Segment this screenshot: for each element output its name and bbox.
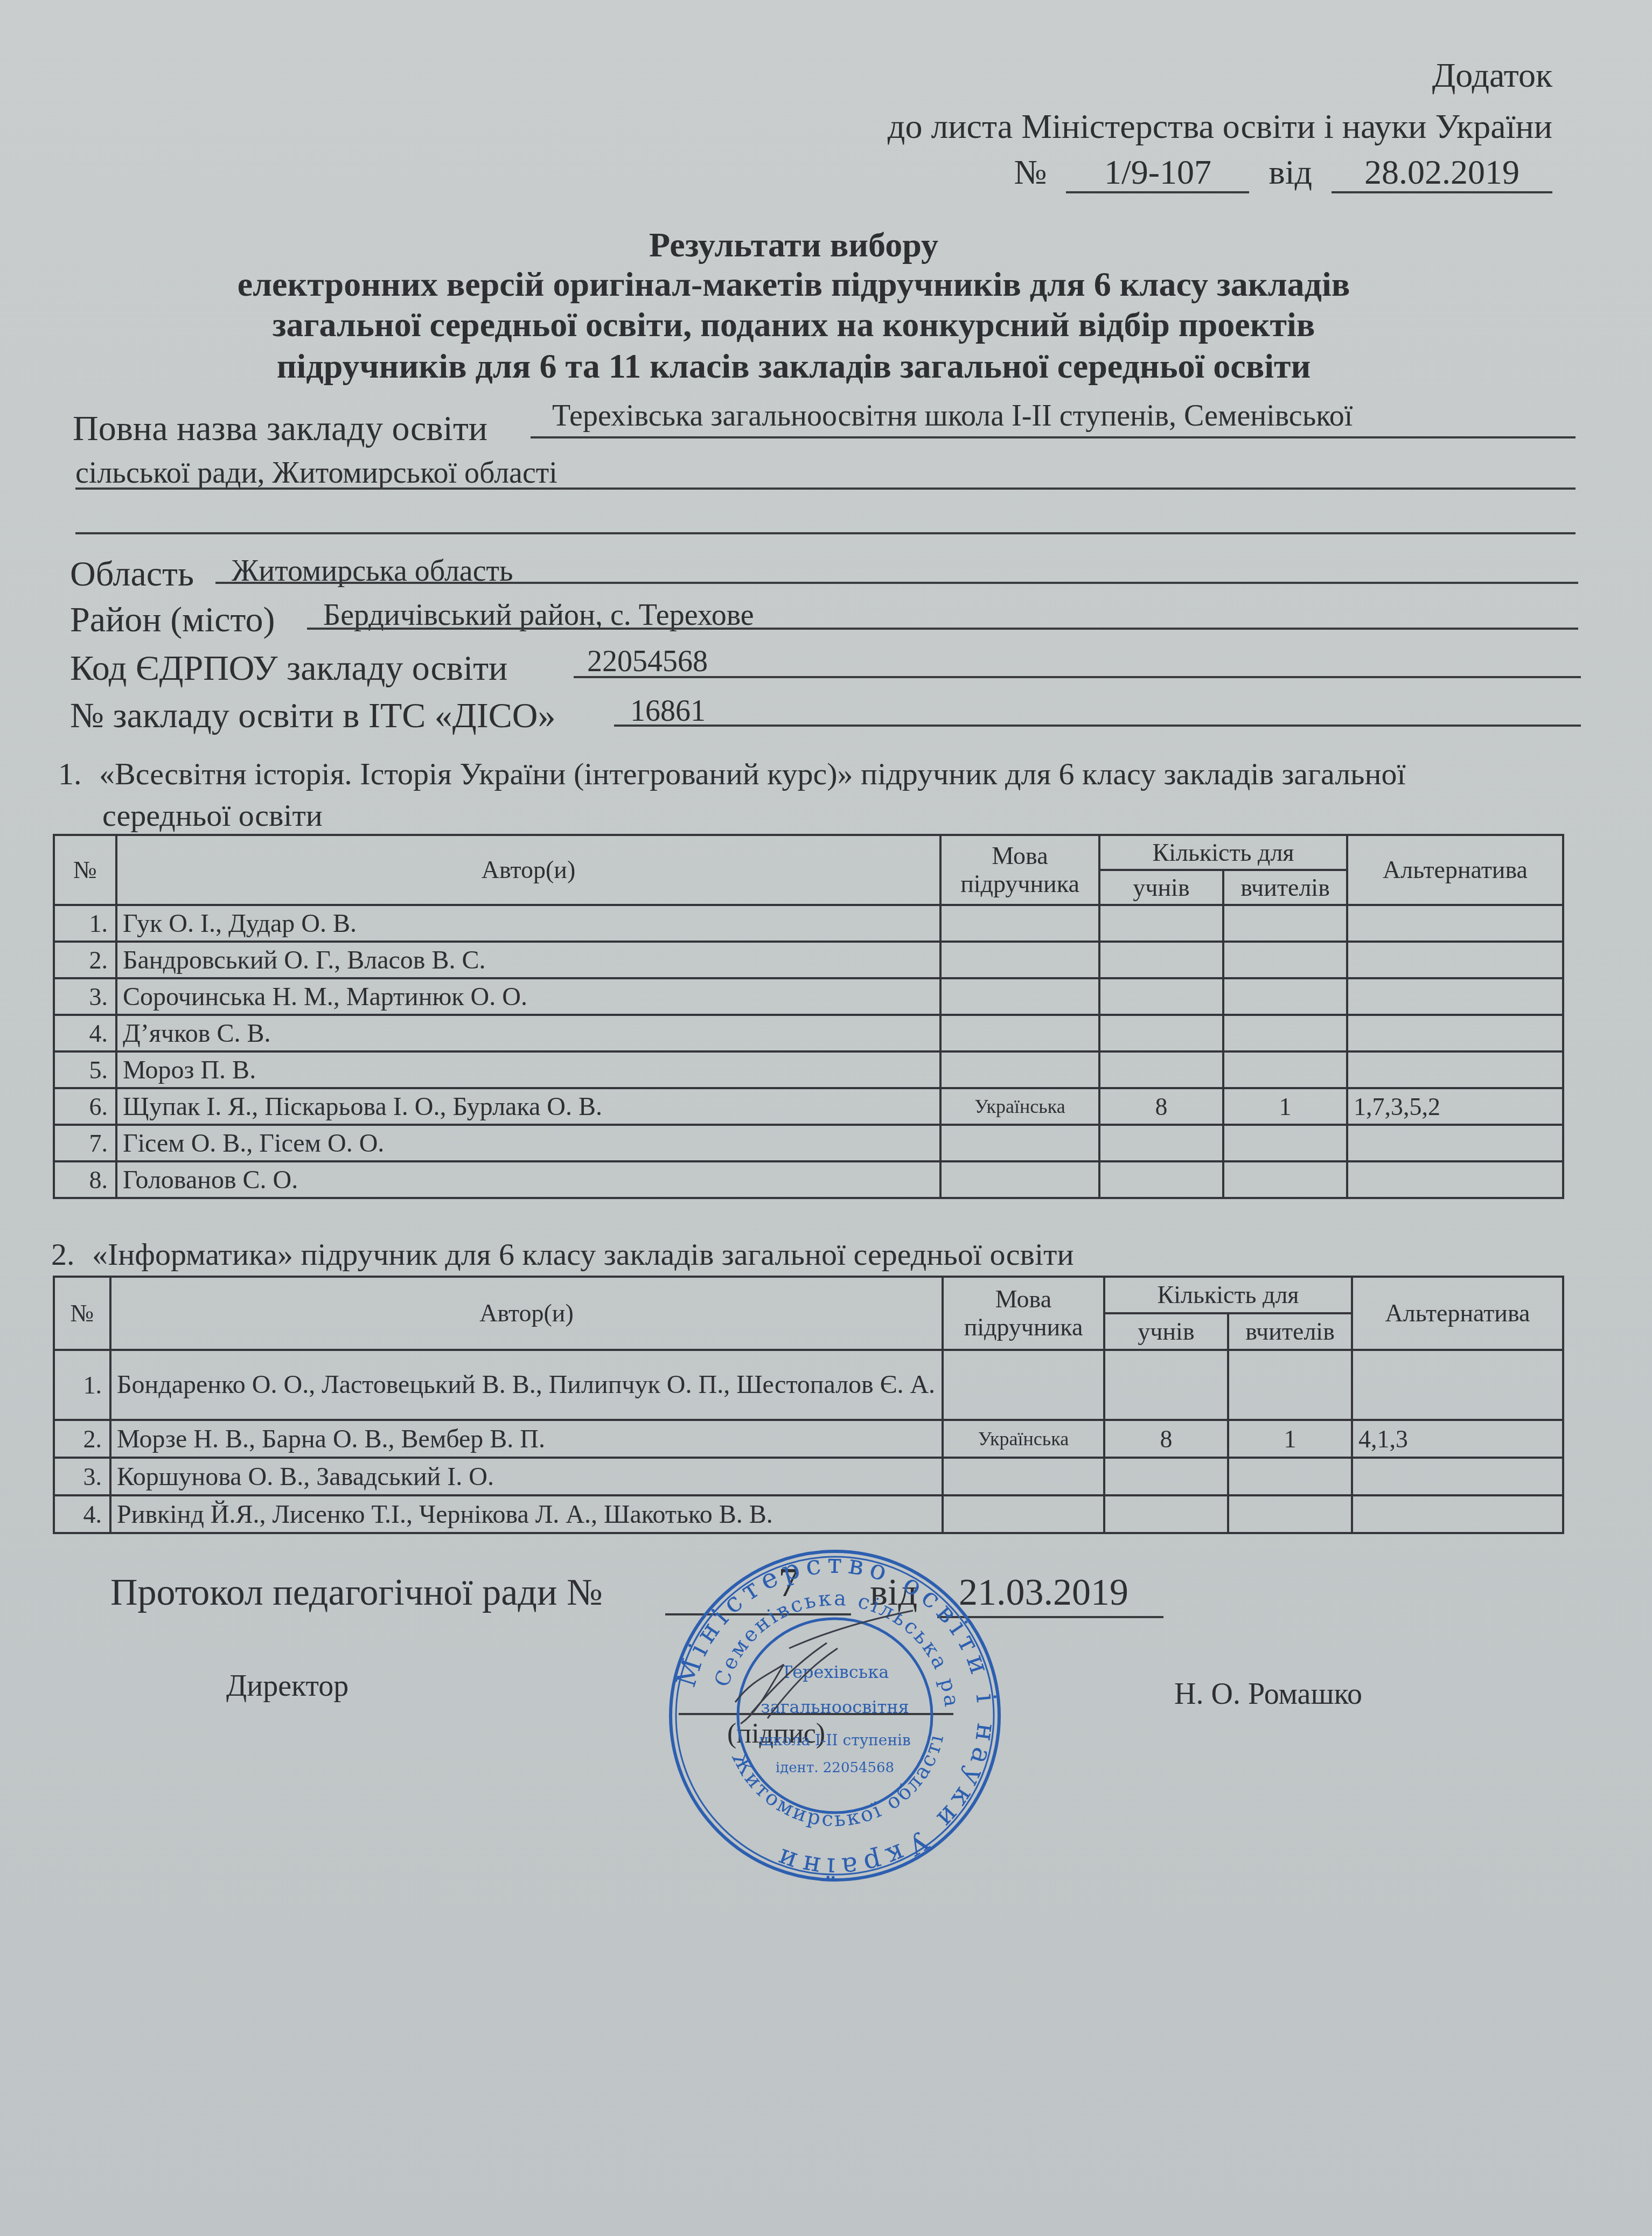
cell-authors: Голованов С. О. xyxy=(116,1161,940,1198)
letter-reference: № 1/9-107 від 28.02.2019 xyxy=(1014,154,1552,193)
cell-num: 5. xyxy=(54,1051,116,1088)
table-row: 2.Бандровський О. Г., Власов В. С. xyxy=(54,942,1563,978)
cell-authors: Бондаренко О. О., Ластовецький В. В., Пи… xyxy=(110,1350,943,1420)
number-label: № xyxy=(1014,153,1047,191)
cell-authors: Морзе Н. В., Барна О. В., Вембер В. П. xyxy=(110,1420,943,1458)
cell-num: 7. xyxy=(54,1125,116,1161)
textbook-table-history: № Автор(и) Мовапідручника Кількість для … xyxy=(53,834,1564,1199)
cell-alternative: 4,1,3 xyxy=(1352,1420,1563,1458)
cell-authors: Коршунова О. В., Завадський І. О. xyxy=(110,1458,943,1495)
header-quantity: Кількість для xyxy=(1099,835,1347,870)
table-row: 5.Мороз П. В. xyxy=(54,1051,1563,1088)
cell-num: 1. xyxy=(54,1350,110,1420)
title-line-2: електронних версій оригінал-макетів підр… xyxy=(0,263,1620,306)
its-label: № закладу освіти в ІТС «ДІСО» xyxy=(70,696,555,736)
section-1-number: 1. xyxy=(58,756,82,791)
title-line-3: загальної середньої освіти, поданих на к… xyxy=(0,303,1620,346)
cell-num: 1. xyxy=(54,905,116,942)
header-students: учнів xyxy=(1104,1313,1228,1350)
cell-authors: Бандровський О. Г., Власов В. С. xyxy=(116,942,940,978)
cell-authors: Ривкінд Й.Я., Лисенко Т.І., Чернікова Л.… xyxy=(110,1495,943,1533)
table-row: 7.Гісем О. В., Гісем О. О. xyxy=(54,1125,1563,1161)
cell-alternative xyxy=(1347,1161,1563,1198)
cell-language xyxy=(943,1350,1104,1420)
header-students: учнів xyxy=(1099,870,1223,905)
full-name-underline-2 xyxy=(75,487,1576,490)
cell-language xyxy=(940,1015,1099,1051)
cell-students xyxy=(1104,1495,1228,1533)
cell-alternative xyxy=(1352,1495,1563,1533)
cell-teachers xyxy=(1223,1161,1347,1198)
cell-alternative xyxy=(1347,1051,1563,1088)
edrpou-label: Код ЄДРПОУ закладу освіти xyxy=(70,649,507,688)
header-language: Мовапідручника xyxy=(943,1277,1104,1350)
cell-alternative xyxy=(1347,1125,1563,1161)
protocol-label: Протокол педагогічної ради № xyxy=(110,1572,603,1613)
edrpou-underline xyxy=(574,676,1581,678)
header-authors: Автор(и) xyxy=(110,1277,943,1350)
header-num: № xyxy=(54,1277,110,1350)
table-row: 2.Морзе Н. В., Барна О. В., Вембер В. П.… xyxy=(54,1420,1563,1458)
table-row: 8.Голованов С. О. xyxy=(54,1161,1563,1198)
full-name-value-line-1: Терехівська загальноосвітня школа І-ІІ с… xyxy=(552,400,1353,433)
table-row: 6.Щупак І. Я., Піскарьова І. О., Бурлака… xyxy=(54,1088,1563,1125)
full-name-underline-3 xyxy=(75,532,1576,534)
table-row: 1.Гук О. І., Дудар О. В. xyxy=(54,905,1563,942)
cell-language xyxy=(940,1051,1099,1088)
cell-language xyxy=(943,1495,1104,1533)
header-quantity: Кількість для xyxy=(1104,1277,1352,1313)
cell-language xyxy=(940,905,1099,942)
letter-date: 28.02.2019 xyxy=(1332,154,1552,193)
cell-alternative xyxy=(1352,1458,1563,1495)
cell-alternative xyxy=(1347,1015,1563,1051)
cell-language xyxy=(940,1125,1099,1161)
cell-num: 2. xyxy=(54,942,116,978)
header-alternative: Альтернатива xyxy=(1352,1277,1563,1350)
svg-text:школа І-ІІ ступенів: школа І-ІІ ступенів xyxy=(759,1731,911,1749)
header-alternative: Альтернатива xyxy=(1347,835,1563,905)
cell-students xyxy=(1104,1458,1228,1495)
cell-teachers: 1 xyxy=(1223,1088,1347,1125)
region-label: Область xyxy=(70,555,194,594)
cell-teachers xyxy=(1223,1051,1347,1088)
header-num: № xyxy=(54,835,116,905)
section-1-title: 1. «Всесвітня історія. Історія України (… xyxy=(58,753,1406,795)
header-teachers: вчителів xyxy=(1228,1313,1352,1350)
cell-students xyxy=(1099,905,1223,942)
cell-authors: Д’ячков С. В. xyxy=(116,1015,940,1051)
director-label: Директор xyxy=(226,1670,348,1703)
cell-students xyxy=(1099,1161,1223,1198)
cell-teachers xyxy=(1223,1125,1347,1161)
cell-alternative: 1,7,3,5,2 xyxy=(1347,1088,1563,1125)
full-name-label: Повна назва закладу освіти xyxy=(73,409,487,449)
cell-students xyxy=(1104,1350,1228,1420)
cell-authors: Гук О. І., Дудар О. В. xyxy=(116,905,940,942)
full-name-underline xyxy=(531,436,1576,438)
cell-authors: Гісем О. В., Гісем О. О. xyxy=(116,1125,940,1161)
cell-num: 4. xyxy=(54,1495,110,1533)
svg-text:Терехівська: Терехівська xyxy=(781,1662,889,1682)
section-2-title: 2. «Інформатика» підручник для 6 класу з… xyxy=(51,1234,1074,1276)
section-2-number: 2. xyxy=(51,1237,75,1272)
director-name: Н. О. Ромашко xyxy=(1174,1678,1362,1711)
region-underline xyxy=(215,582,1578,584)
title-line-1: Результати вибору xyxy=(0,224,1620,267)
district-underline xyxy=(307,628,1578,630)
cell-language xyxy=(940,942,1099,978)
section-2-title-line-1: «Інформатика» підручник для 6 класу закл… xyxy=(92,1237,1074,1272)
header-authors: Автор(и) xyxy=(116,835,940,905)
cell-language xyxy=(940,978,1099,1015)
table-row: 3.Сорочинська Н. М., Мартинюк О. О. xyxy=(54,978,1563,1015)
cell-language: Українська xyxy=(943,1420,1104,1458)
table-row: 4.Д’ячков С. В. xyxy=(54,1015,1563,1051)
cell-teachers xyxy=(1223,978,1347,1015)
svg-text:ідент. 22054568: ідент. 22054568 xyxy=(776,1760,894,1776)
cell-teachers xyxy=(1223,1015,1347,1051)
edrpou-value: 22054568 xyxy=(587,645,708,679)
title-line-4: підручників для 6 та 11 класів закладів … xyxy=(0,345,1620,388)
cell-num: 3. xyxy=(54,978,116,1015)
textbook-table-informatics: № Автор(и) Мовапідручника Кількість для … xyxy=(53,1276,1564,1534)
cell-teachers xyxy=(1228,1350,1352,1420)
cell-students: 8 xyxy=(1099,1088,1223,1125)
cell-authors: Щупак І. Я., Піскарьова І. О., Бурлака О… xyxy=(116,1088,940,1125)
table-body: 1.Гук О. І., Дудар О. В.2.Бандровський О… xyxy=(54,905,1563,1198)
header-teachers: вчителів xyxy=(1223,870,1347,905)
cell-students xyxy=(1099,1125,1223,1161)
cell-teachers xyxy=(1223,905,1347,942)
header-language: Мовапідручника xyxy=(940,835,1099,905)
cell-teachers xyxy=(1228,1458,1352,1495)
cell-num: 3. xyxy=(54,1458,110,1495)
cell-alternative xyxy=(1347,978,1563,1015)
its-underline xyxy=(614,725,1581,727)
table-row: 4.Ривкінд Й.Я., Лисенко Т.І., Чернікова … xyxy=(54,1495,1563,1533)
cell-language xyxy=(940,1161,1099,1198)
cell-teachers xyxy=(1223,942,1347,978)
section-1-title-line-2: середньої освіти xyxy=(102,795,323,837)
official-stamp-icon: Міністерство освіти і науки України Семе… xyxy=(660,1541,1010,1891)
table-body: 1.Бондаренко О. О., Ластовецький В. В., … xyxy=(54,1350,1563,1533)
its-value: 16861 xyxy=(630,695,706,728)
cell-alternative xyxy=(1347,942,1563,978)
cell-authors: Сорочинська Н. М., Мартинюк О. О. xyxy=(116,978,940,1015)
cell-students xyxy=(1099,1051,1223,1088)
appendix-label: Додаток xyxy=(1432,57,1552,94)
full-name-value-line-2: сільської ради, Житомирської області xyxy=(75,457,557,490)
cell-alternative xyxy=(1352,1350,1563,1420)
cell-students xyxy=(1099,978,1223,1015)
table-row: 1.Бондаренко О. О., Ластовецький В. В., … xyxy=(54,1350,1563,1420)
cell-authors: Мороз П. В. xyxy=(116,1051,940,1088)
cell-students: 8 xyxy=(1104,1420,1228,1458)
cell-num: 6. xyxy=(54,1088,116,1125)
cell-students xyxy=(1099,942,1223,978)
cell-language: Українська xyxy=(940,1088,1099,1125)
cell-alternative xyxy=(1347,905,1563,942)
cell-teachers xyxy=(1228,1495,1352,1533)
cell-students xyxy=(1099,1015,1223,1051)
district-label: Район (місто) xyxy=(70,601,275,640)
section-1-title-line-1: «Всесвітня історія. Історія України (інт… xyxy=(99,756,1406,791)
cell-num: 4. xyxy=(54,1015,116,1051)
cell-teachers: 1 xyxy=(1228,1420,1352,1458)
table-row: 3.Коршунова О. В., Завадський І. О. xyxy=(54,1458,1563,1495)
cell-num: 8. xyxy=(54,1161,116,1198)
from-label: від xyxy=(1268,153,1312,191)
to-letter-label: до листа Міністерства освіти і науки Укр… xyxy=(888,108,1552,145)
cell-language xyxy=(943,1458,1104,1495)
cell-num: 2. xyxy=(54,1420,110,1458)
letter-number: 1/9-107 xyxy=(1066,154,1249,193)
